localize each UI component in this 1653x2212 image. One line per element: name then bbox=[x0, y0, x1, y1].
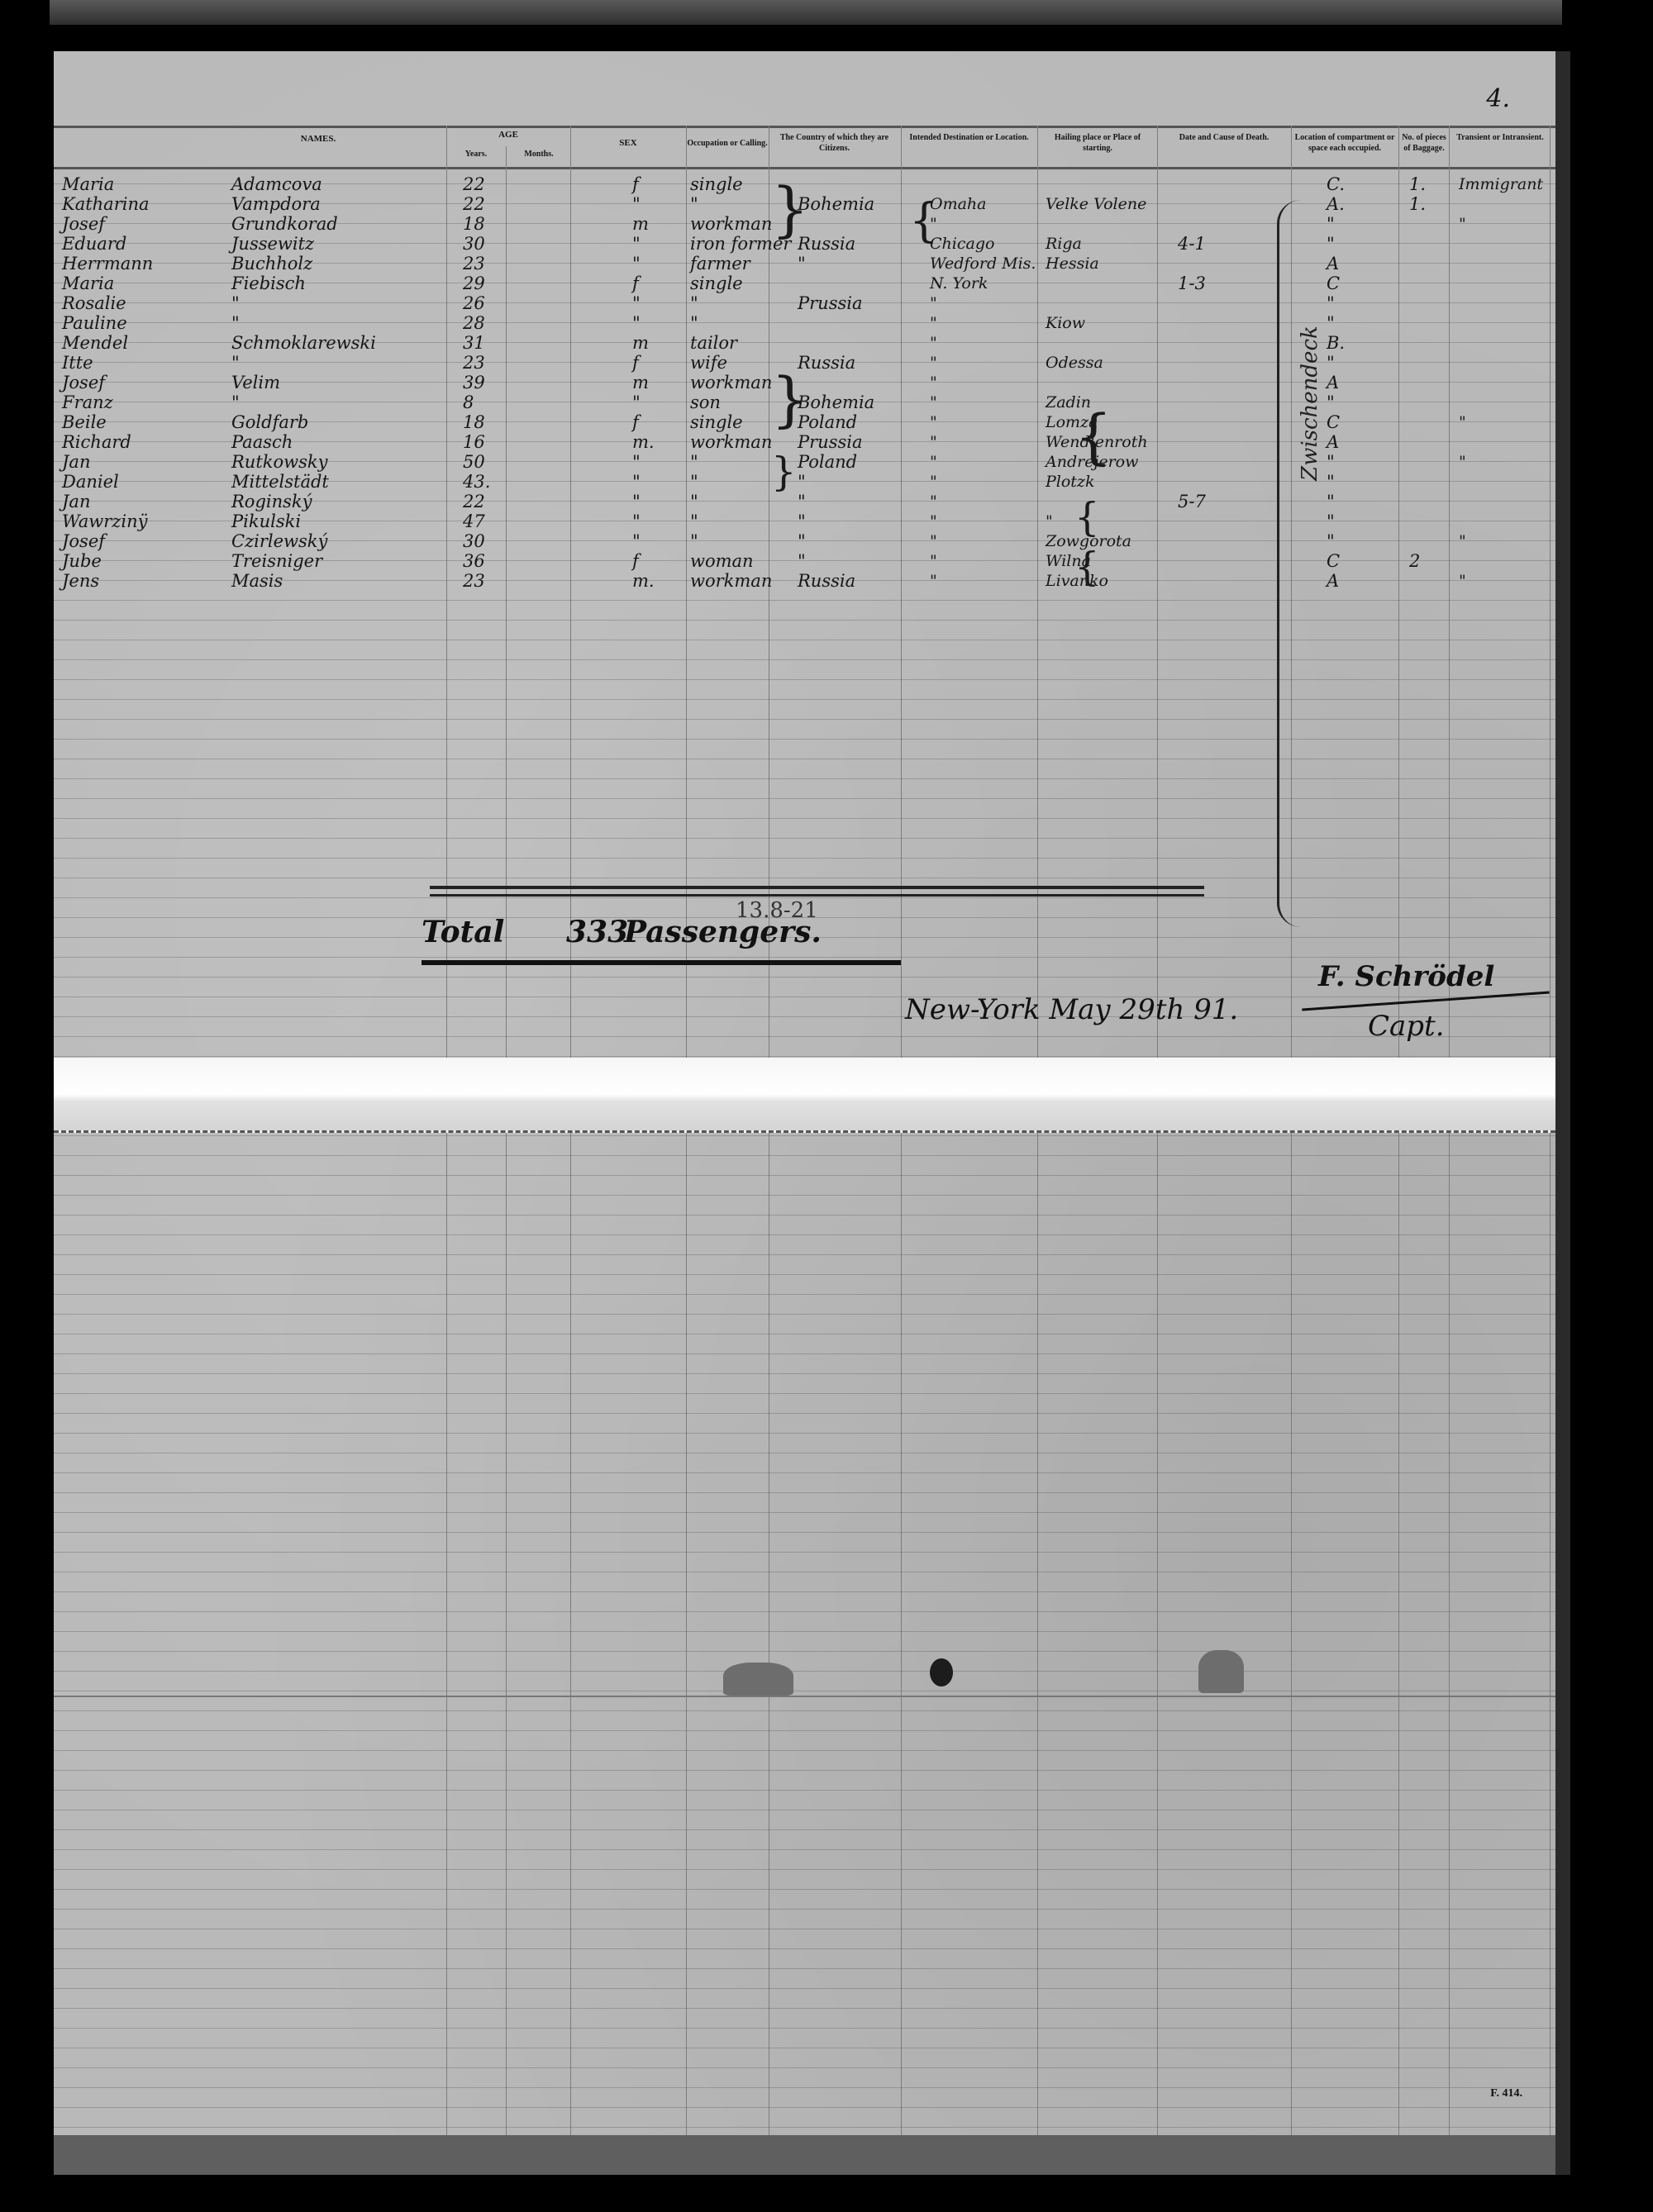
given-name: Jens bbox=[62, 572, 99, 591]
ruled-line bbox=[54, 1492, 1555, 1493]
destination: " bbox=[930, 532, 937, 551]
total-count: 333 bbox=[566, 915, 628, 949]
table-row: WawrzinÿPikulski47"""""" bbox=[54, 512, 1555, 531]
destination: N. York bbox=[930, 274, 988, 293]
given-name: Wawrzinÿ bbox=[62, 512, 147, 531]
compartment: " bbox=[1327, 314, 1335, 333]
page-number: 4. bbox=[1486, 84, 1510, 113]
surname: Schmoklarewski bbox=[231, 334, 376, 353]
destination: " bbox=[930, 413, 937, 432]
occupation: " bbox=[690, 532, 698, 551]
sex: " bbox=[632, 473, 641, 492]
country: Poland bbox=[798, 453, 857, 472]
sex: m. bbox=[632, 572, 655, 591]
total-underline bbox=[422, 960, 901, 965]
ruled-line bbox=[54, 1413, 1555, 1414]
given-name: Maria bbox=[62, 274, 114, 293]
age-years: 22 bbox=[463, 175, 485, 194]
country: Prussia bbox=[798, 294, 862, 313]
age-years: 47 bbox=[463, 512, 485, 531]
ruled-line bbox=[54, 1691, 1555, 1691]
col-header-years: Years. bbox=[446, 149, 506, 159]
occupation: " bbox=[690, 294, 698, 313]
compartment: B. bbox=[1327, 334, 1345, 353]
sex: " bbox=[632, 235, 641, 254]
sex: " bbox=[632, 195, 641, 214]
occupation: workman bbox=[690, 215, 772, 234]
country: " bbox=[798, 473, 806, 492]
previous-page-edge bbox=[50, 0, 1562, 25]
occupation: workman bbox=[690, 433, 772, 452]
destination: " bbox=[930, 473, 937, 492]
table-row: JosefCzirlewský30""""Zowgorota"" bbox=[54, 532, 1555, 551]
surname: " bbox=[231, 314, 240, 333]
surname: " bbox=[231, 393, 240, 412]
surname: Velim bbox=[231, 373, 280, 392]
compartment: C bbox=[1327, 552, 1340, 571]
age-years: 18 bbox=[463, 413, 485, 432]
ruled-line bbox=[54, 858, 1555, 859]
given-name: Katharina bbox=[62, 195, 150, 214]
ruled-line bbox=[54, 2008, 1555, 2009]
sex: " bbox=[632, 314, 641, 333]
compartment: " bbox=[1327, 473, 1335, 492]
surname: " bbox=[231, 294, 240, 313]
surname: Jussewitz bbox=[231, 235, 314, 254]
given-name: Josef bbox=[62, 373, 105, 392]
compartment: " bbox=[1327, 512, 1335, 531]
signature-place-date: New-York May 29th 91. bbox=[905, 993, 1238, 1026]
sex: f bbox=[632, 354, 639, 373]
given-name: Jan bbox=[62, 453, 90, 472]
table-row: RichardPaasch16m.workmanPrussia"Wendlenr… bbox=[54, 433, 1555, 452]
ruled-line bbox=[54, 1790, 1555, 1791]
country: Prussia bbox=[798, 433, 862, 452]
ruled-line bbox=[54, 1175, 1555, 1176]
ruled-line bbox=[54, 1750, 1555, 1751]
ruled-line bbox=[54, 1730, 1555, 1731]
surname: Vampdora bbox=[231, 195, 321, 214]
surname: Paasch bbox=[231, 433, 293, 452]
hailing-place: Hessia bbox=[1046, 254, 1099, 274]
ruled-line bbox=[54, 739, 1555, 740]
destination: " bbox=[930, 572, 937, 591]
occupation: " bbox=[690, 492, 698, 511]
destination: " bbox=[930, 354, 937, 373]
baggage-count: 2 bbox=[1409, 552, 1420, 571]
destination: Chicago bbox=[930, 235, 994, 254]
country: " bbox=[798, 492, 806, 511]
ruled-line bbox=[54, 719, 1555, 720]
death-note: 1-3 bbox=[1178, 274, 1206, 293]
surname: Masis bbox=[231, 572, 283, 591]
occupation: single bbox=[690, 274, 743, 293]
hailing-place: " bbox=[1046, 512, 1053, 531]
compartment: " bbox=[1327, 354, 1335, 373]
ruled-line bbox=[54, 640, 1555, 640]
ruled-line bbox=[54, 1631, 1555, 1632]
ruled-line bbox=[54, 1472, 1555, 1473]
ruled-line bbox=[54, 2028, 1555, 2029]
ruled-line bbox=[54, 1532, 1555, 1533]
col-header-occupation: Occupation or Calling. bbox=[686, 138, 769, 149]
col-header-transient: Transient or Intransient. bbox=[1451, 132, 1550, 143]
ruled-line bbox=[54, 1215, 1555, 1215]
ruled-line bbox=[54, 699, 1555, 700]
compartment: " bbox=[1327, 492, 1335, 511]
given-name: Rosalie bbox=[62, 294, 126, 313]
ruled-line bbox=[54, 1016, 1555, 1017]
sex: m bbox=[632, 215, 649, 234]
surname: Grundkorad bbox=[231, 215, 338, 234]
ruled-line bbox=[54, 1988, 1555, 1989]
given-name: Richard bbox=[62, 433, 131, 452]
brace: } bbox=[771, 369, 809, 429]
country: " bbox=[798, 254, 806, 274]
age-years: 23 bbox=[463, 254, 485, 274]
destination: " bbox=[930, 512, 937, 531]
age-years: 50 bbox=[463, 453, 485, 472]
sex: " bbox=[632, 453, 641, 472]
age-years: 26 bbox=[463, 294, 485, 313]
ruled-line bbox=[54, 1651, 1555, 1652]
ruled-line bbox=[54, 1849, 1555, 1850]
ruled-line bbox=[54, 1909, 1555, 1910]
age-years: 43. bbox=[463, 473, 490, 492]
ruled-line bbox=[54, 878, 1555, 878]
ruled-line bbox=[54, 838, 1555, 839]
death-note: 4-1 bbox=[1178, 235, 1206, 254]
ruled-line bbox=[54, 2127, 1555, 2128]
age-years: 30 bbox=[463, 235, 485, 254]
transient-status: " bbox=[1459, 453, 1466, 472]
ruled-line bbox=[54, 620, 1555, 621]
scan-bottom-edge bbox=[54, 2135, 1555, 2175]
brace: } bbox=[771, 179, 809, 239]
ruled-line bbox=[54, 759, 1555, 759]
destination: " bbox=[930, 552, 937, 571]
sex: " bbox=[632, 294, 641, 313]
sex: m. bbox=[632, 433, 655, 452]
country: " bbox=[798, 552, 806, 571]
country: Bohemia bbox=[798, 195, 874, 214]
age-years: 23 bbox=[463, 572, 485, 591]
occupation: farmer bbox=[690, 254, 750, 274]
ruled-line bbox=[54, 1611, 1555, 1612]
table-row: MendelSchmoklarewski31mtailor"B. bbox=[54, 334, 1555, 353]
surname: Mittelstädt bbox=[231, 473, 329, 492]
ruled-line bbox=[54, 1552, 1555, 1553]
ruled-line bbox=[54, 1671, 1555, 1672]
transient-status: " bbox=[1459, 532, 1466, 551]
given-name: Mendel bbox=[62, 334, 128, 353]
surname: Treisniger bbox=[231, 552, 322, 571]
col-header-months: Months. bbox=[507, 149, 571, 159]
table-row: JanRutkowsky50""Poland"Andrejerow"" bbox=[54, 453, 1555, 472]
transient-status: " bbox=[1459, 572, 1466, 591]
given-name: Eduard bbox=[62, 235, 126, 254]
surname: Buchholz bbox=[231, 254, 312, 274]
table-row: JensMasis23m.workmanRussia"LivankoA" bbox=[54, 572, 1555, 591]
table-row: JanRoginský22""""5-7" bbox=[54, 492, 1555, 511]
table-row: Pauline"28"""Kiow" bbox=[54, 314, 1555, 333]
sex: " bbox=[632, 532, 641, 551]
destination: Wedford Mis. bbox=[930, 254, 1036, 274]
ruled-line bbox=[54, 1591, 1555, 1592]
occupation: single bbox=[690, 413, 743, 432]
occupation: son bbox=[690, 393, 721, 412]
sex: " bbox=[632, 393, 641, 412]
ruled-line bbox=[54, 1929, 1555, 1929]
compartment: C bbox=[1327, 274, 1340, 293]
ruled-line bbox=[54, 1512, 1555, 1513]
ruled-line bbox=[54, 1373, 1555, 1374]
age-years: 22 bbox=[463, 492, 485, 511]
brace: { bbox=[909, 198, 939, 245]
brace: { bbox=[1074, 497, 1100, 537]
compartment: A bbox=[1327, 572, 1339, 591]
baggage-count: 1. bbox=[1409, 195, 1426, 214]
destination: " bbox=[930, 453, 937, 472]
brace: } bbox=[771, 452, 797, 492]
col-header-names: NAMES. bbox=[194, 134, 442, 145]
compartment: " bbox=[1327, 532, 1335, 551]
surname: Goldfarb bbox=[231, 413, 308, 432]
given-name: Herrmann bbox=[62, 254, 153, 274]
vertical-note-steerage: Zwischendeck bbox=[1298, 326, 1322, 481]
ruled-line bbox=[54, 1968, 1555, 1969]
ruled-line bbox=[54, 1710, 1555, 1711]
compartment: A bbox=[1327, 254, 1339, 274]
occupation: " bbox=[690, 195, 698, 214]
ruled-line bbox=[54, 1056, 1555, 1057]
ruled-line bbox=[54, 1234, 1555, 1235]
hailing-place: Riga bbox=[1046, 235, 1082, 254]
sex: f bbox=[632, 274, 639, 293]
compartment: " bbox=[1327, 235, 1335, 254]
total-label: Total bbox=[422, 915, 504, 949]
occupation: single bbox=[690, 175, 743, 194]
given-name: Daniel bbox=[62, 473, 119, 492]
table-row: HerrmannBuchholz23"farmer"Wedford Mis.He… bbox=[54, 254, 1555, 274]
age-years: 30 bbox=[463, 532, 485, 551]
compartment: C bbox=[1327, 413, 1340, 432]
surname: Rutkowsky bbox=[231, 453, 327, 472]
compartment: A bbox=[1327, 433, 1339, 452]
sex: " bbox=[632, 492, 641, 511]
age-years: 8 bbox=[463, 393, 474, 412]
compartment: A bbox=[1327, 373, 1339, 392]
table-row: DanielMittelstädt43.""""Plotzk" bbox=[54, 473, 1555, 492]
ruled-line bbox=[54, 798, 1555, 799]
compartment: " bbox=[1327, 215, 1335, 234]
ruled-line bbox=[54, 1393, 1555, 1394]
hailing-place: Velke Volene bbox=[1046, 195, 1146, 214]
ruled-line bbox=[54, 659, 1555, 660]
ruled-line bbox=[54, 1453, 1555, 1453]
ruled-line bbox=[54, 1869, 1555, 1870]
destination: " bbox=[930, 393, 937, 412]
col-header-baggage: No. of pieces of Baggage. bbox=[1399, 132, 1449, 154]
ruled-line bbox=[54, 1334, 1555, 1334]
total-annotation: 13.8-21 bbox=[736, 898, 818, 923]
age-years: 23 bbox=[463, 354, 485, 373]
ruled-line bbox=[54, 1889, 1555, 1890]
transient-status: " bbox=[1459, 413, 1466, 432]
given-name: Pauline bbox=[62, 314, 127, 333]
given-name: Jube bbox=[62, 552, 102, 571]
compartment: " bbox=[1327, 453, 1335, 472]
ruled-line bbox=[54, 600, 1555, 601]
col-header-age: AGE bbox=[446, 130, 570, 140]
death-note: 5-7 bbox=[1178, 492, 1206, 511]
ruled-line bbox=[54, 2107, 1555, 2108]
paper-damage bbox=[1198, 1650, 1244, 1693]
ruled-line bbox=[54, 778, 1555, 779]
ruled-line bbox=[54, 957, 1555, 958]
ruled-line bbox=[54, 679, 1555, 680]
age-years: 18 bbox=[463, 215, 485, 234]
col-header-country: The Country of which they are Citizens. bbox=[770, 132, 898, 154]
sex: m bbox=[632, 373, 649, 392]
given-name: Beile bbox=[62, 413, 107, 432]
ruled-line bbox=[54, 1155, 1555, 1156]
header-bottom-rule bbox=[54, 167, 1555, 169]
paper-damage bbox=[723, 1663, 793, 1696]
compartment: " bbox=[1327, 294, 1335, 313]
ruled-line bbox=[54, 2067, 1555, 2068]
col-header-destination: Intended Destination or Location. bbox=[901, 132, 1037, 143]
table-row: MariaFiebisch29fsingleN. York1-3C bbox=[54, 274, 1555, 293]
ruled-line bbox=[54, 1314, 1555, 1315]
ruled-line bbox=[54, 1353, 1555, 1354]
transient-status: " bbox=[1459, 215, 1466, 234]
ruled-line bbox=[54, 997, 1555, 997]
surname: Adamcova bbox=[231, 175, 322, 194]
age-years: 39 bbox=[463, 373, 485, 392]
occupation: " bbox=[690, 314, 698, 333]
occupation: " bbox=[690, 473, 698, 492]
given-name: Itte bbox=[62, 354, 93, 373]
manifest-page: 4. NAMES. AGE Years. Months. SEX Occupat… bbox=[54, 51, 1570, 2175]
occupation: tailor bbox=[690, 334, 737, 353]
surname: Pikulski bbox=[231, 512, 301, 531]
captain-title: Capt. bbox=[1368, 1010, 1445, 1043]
given-name: Josef bbox=[62, 215, 105, 234]
col-header-death: Date and Cause of Death. bbox=[1158, 132, 1290, 143]
brace: { bbox=[1074, 407, 1112, 466]
surname: Czirlewský bbox=[231, 532, 327, 551]
occupation: woman bbox=[690, 552, 754, 571]
ruled-line bbox=[54, 1948, 1555, 1949]
total-top-rule bbox=[430, 886, 1204, 889]
age-years: 22 bbox=[463, 195, 485, 214]
header-top-rule bbox=[54, 126, 1555, 128]
ruled-line bbox=[54, 2087, 1555, 2088]
ruled-line bbox=[54, 1135, 1555, 1136]
compartment: " bbox=[1327, 393, 1335, 412]
baggage-count: 1. bbox=[1409, 175, 1426, 194]
sex: f bbox=[632, 552, 639, 571]
total-top-rule-2 bbox=[430, 894, 1204, 897]
signature-flourish bbox=[1302, 992, 1549, 1011]
page-fold bbox=[54, 1696, 1555, 1697]
destination: " bbox=[930, 334, 937, 353]
given-name: Josef bbox=[62, 532, 105, 551]
table-row: JubeTreisniger36fwoman""WilnaC2 bbox=[54, 552, 1555, 571]
ruled-line bbox=[54, 1810, 1555, 1810]
given-name: Maria bbox=[62, 175, 114, 194]
col-header-hailing: Hailing place or Place of starting. bbox=[1039, 132, 1156, 154]
destination: " bbox=[930, 314, 937, 333]
destination: " bbox=[930, 433, 937, 452]
destination: " bbox=[930, 294, 937, 313]
transient-status: Immigrant bbox=[1459, 175, 1543, 194]
form-number: F. 414. bbox=[1490, 2087, 1522, 2100]
ruled-line bbox=[54, 1254, 1555, 1255]
sex: f bbox=[632, 175, 639, 194]
ink-blot bbox=[930, 1658, 953, 1686]
ruled-line bbox=[54, 1770, 1555, 1771]
country: " bbox=[798, 512, 806, 531]
age-years: 29 bbox=[463, 274, 485, 293]
sex: m bbox=[632, 334, 649, 353]
age-years: 16 bbox=[463, 433, 485, 452]
compartment: C. bbox=[1327, 175, 1345, 194]
destination: " bbox=[930, 373, 937, 392]
occupation: " bbox=[690, 453, 698, 472]
surname: Roginský bbox=[231, 492, 312, 511]
age-years: 31 bbox=[463, 334, 485, 353]
captain-signature: F. Schrödel bbox=[1318, 960, 1494, 993]
brace: { bbox=[1074, 547, 1100, 587]
ruled-line bbox=[54, 1829, 1555, 1830]
ruled-line bbox=[54, 1294, 1555, 1295]
occupation: wife bbox=[690, 354, 727, 373]
sex: f bbox=[632, 413, 639, 432]
col-header-sex: SEX bbox=[570, 138, 686, 149]
country: " bbox=[798, 532, 806, 551]
ruled-line bbox=[54, 818, 1555, 819]
age-years: 36 bbox=[463, 552, 485, 571]
occupation: workman bbox=[690, 572, 772, 591]
table-row: Rosalie"26""Prussia"" bbox=[54, 294, 1555, 313]
sex: " bbox=[632, 512, 641, 531]
surname: " bbox=[231, 354, 240, 373]
ruled-line bbox=[54, 1572, 1555, 1572]
ruled-line bbox=[54, 1274, 1555, 1275]
hailing-place: Plotzk bbox=[1046, 473, 1094, 492]
occupation: workman bbox=[690, 373, 772, 392]
age-years: 28 bbox=[463, 314, 485, 333]
given-name: Franz bbox=[62, 393, 113, 412]
ruled-line bbox=[54, 1433, 1555, 1434]
sex: " bbox=[632, 254, 641, 274]
binding-tape bbox=[54, 1058, 1555, 1133]
country: Bohemia bbox=[798, 393, 874, 412]
ruled-line bbox=[54, 1195, 1555, 1196]
given-name: Jan bbox=[62, 492, 90, 511]
occupation: " bbox=[690, 512, 698, 531]
ruled-line bbox=[54, 2048, 1555, 2048]
destination: " bbox=[930, 492, 937, 511]
country: Russia bbox=[798, 572, 855, 591]
compartment: A. bbox=[1327, 195, 1345, 214]
ruled-line bbox=[54, 1036, 1555, 1037]
hailing-place: Kiow bbox=[1046, 314, 1085, 333]
hailing-place: Odessa bbox=[1046, 354, 1103, 373]
compartment-brace bbox=[1277, 200, 1301, 927]
